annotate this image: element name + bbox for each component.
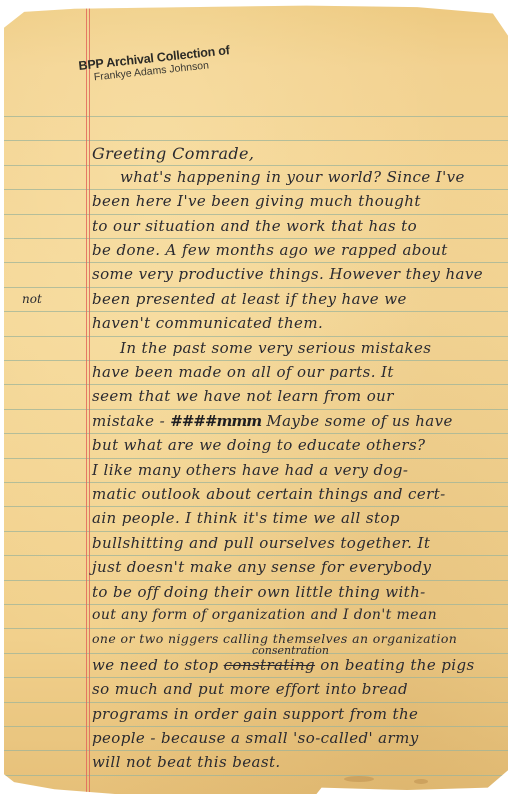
letter-line: haven't communicated them. [92, 314, 323, 332]
rule-line [4, 677, 508, 678]
rule-line [4, 238, 508, 239]
letter-line: to our situation and the work that has t… [92, 217, 417, 235]
rule-line [4, 702, 508, 703]
rule-line [4, 384, 508, 385]
rule-line [4, 116, 508, 117]
letter-line: matic outlook about certain things and c… [92, 485, 446, 503]
archival-stamp: BPP Archival Collection of Frankye Adams… [78, 44, 232, 85]
legal-paper-sheet: BPP Archival Collection of Frankye Adams… [4, 4, 508, 794]
letter-line: so much and put more effort into bread [92, 680, 408, 698]
rule-line [4, 555, 508, 556]
struck-out-word: constrating [224, 656, 315, 674]
rule-line [4, 506, 508, 507]
letter-text: Maybe some of us have [266, 412, 452, 430]
rule-line [4, 580, 508, 581]
scribbled-out-text: ####mmm [170, 412, 261, 430]
rule-line [4, 433, 508, 434]
letter-line: just doesn't make any sense for everybod… [92, 558, 431, 576]
rule-line [4, 458, 508, 459]
paper-stain [414, 779, 428, 784]
salutation: Greeting Comrade, [92, 144, 254, 163]
scanned-page: BPP Archival Collection of Frankye Adams… [0, 0, 513, 800]
rule-line [4, 360, 508, 361]
margin-line-red [89, 4, 90, 794]
letter-line: will not beat this beast. [92, 753, 281, 771]
rule-line [4, 409, 508, 410]
rule-line [4, 726, 508, 727]
letter-line-with-strike: we need to stop constrating on beating t… [92, 656, 475, 674]
rule-line [4, 311, 508, 312]
margin-note: not [22, 292, 42, 306]
margin-line-red [86, 4, 87, 794]
letter-line: bullshitting and pull ourselves together… [92, 534, 430, 552]
paper-stain [344, 776, 374, 782]
rule-line [4, 140, 508, 141]
letter-text: we need to stop [92, 656, 224, 674]
rule-line [4, 482, 508, 483]
letter-line: In the past some very serious mistakes [120, 339, 431, 357]
letter-line-with-scribble: mistake - ####mmm Maybe some of us have [92, 412, 453, 430]
rule-line [4, 214, 508, 215]
letter-line: been here I've been giving much thought [92, 192, 421, 210]
letter-line: ain people. I think it's time we all sto… [92, 509, 400, 527]
rule-line [4, 775, 508, 776]
rule-line [4, 604, 508, 605]
letter-line: be done. A few months ago we rapped abou… [92, 241, 448, 259]
letter-text: mistake - [92, 412, 170, 430]
letter-line: people - because a small 'so-called' arm… [92, 729, 419, 747]
rule-line [4, 628, 508, 629]
letter-line: out any form of organization and I don't… [92, 607, 437, 623]
letter-line: but what are we doing to educate others? [92, 436, 426, 454]
rule-line [4, 189, 508, 190]
letter-line: some very productive things. However the… [92, 265, 483, 283]
letter-line: have been made on all of our parts. It [92, 363, 394, 381]
letter-line: to be off doing their own little thing w… [92, 583, 426, 601]
letter-line: been presented at least if they have we [92, 290, 407, 308]
rule-line [4, 287, 508, 288]
rule-line [4, 336, 508, 337]
rule-line [4, 262, 508, 263]
letter-line: seem that we have not learn from our [92, 387, 394, 405]
letter-line: what's happening in your world? Since I'… [120, 168, 465, 186]
rule-line [4, 165, 508, 166]
rule-line [4, 531, 508, 532]
letter-line: I like many others have had a very dog- [92, 461, 408, 479]
letter-text: on beating the pigs [320, 656, 474, 674]
rule-line [4, 750, 508, 751]
letter-line: programs in order gain support from the [92, 705, 418, 723]
